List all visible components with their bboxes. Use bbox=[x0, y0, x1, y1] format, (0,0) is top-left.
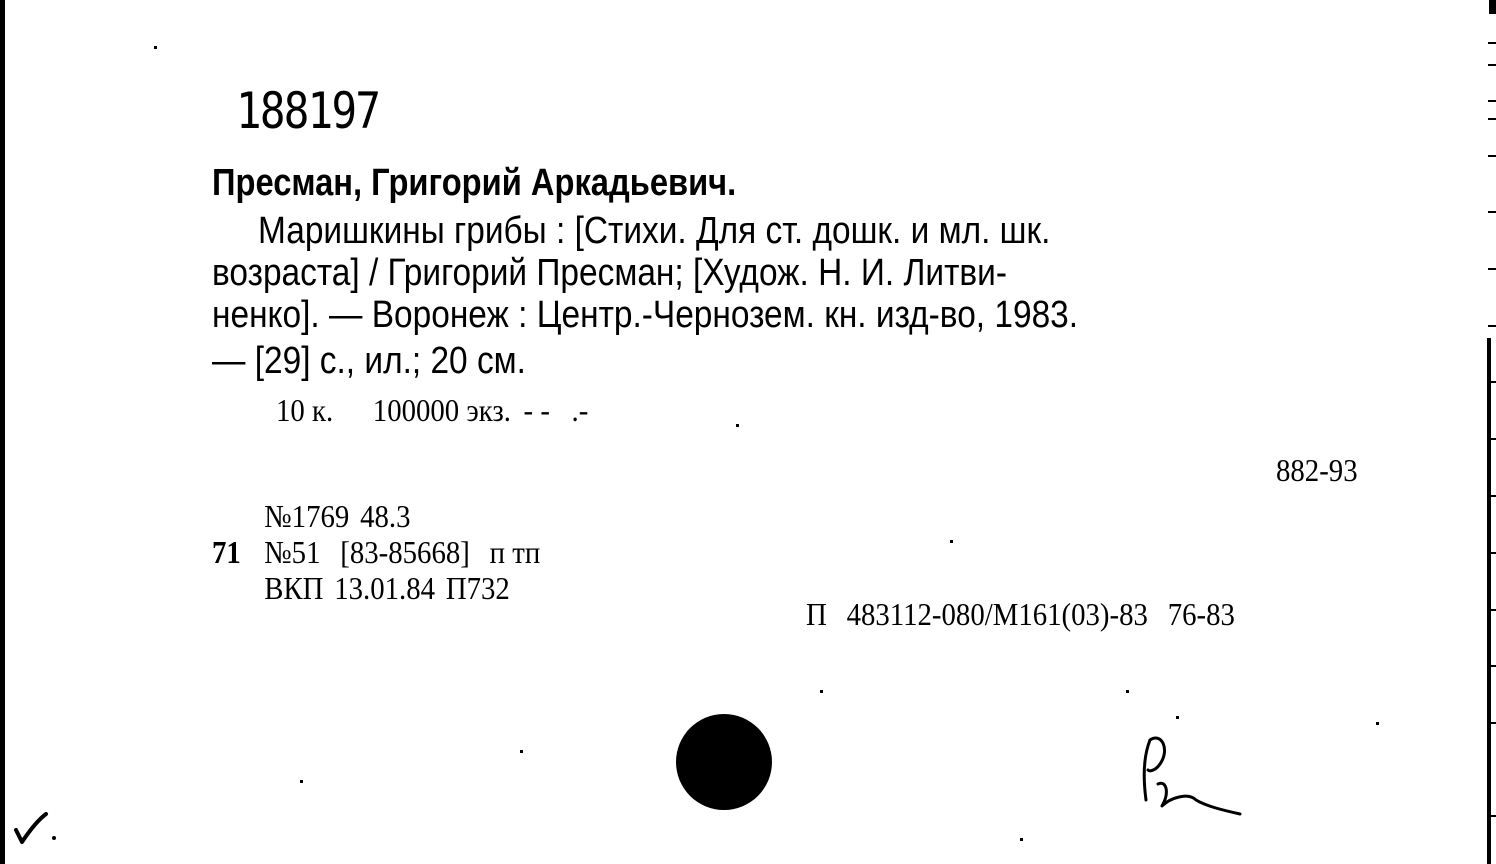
record-code: 48.3 bbox=[360, 498, 410, 534]
scan-speck bbox=[1376, 722, 1379, 725]
scan-speck bbox=[950, 540, 953, 543]
edge-tick bbox=[1488, 155, 1496, 157]
print-run: 100000 экз. bbox=[373, 392, 511, 428]
record-code-3: П732 bbox=[446, 570, 510, 606]
edge-tick bbox=[1488, 64, 1496, 66]
record-number-2: №51 bbox=[264, 534, 320, 570]
record-row-2: 71№51[83-85668]п тп bbox=[212, 534, 540, 570]
udc-code: 882-93 bbox=[1276, 452, 1358, 489]
description-line-2: возраста] / Григорий Пресман; [Худож. Н.… bbox=[212, 252, 1007, 295]
trailing-marks: - - .- bbox=[524, 392, 589, 428]
scan-speck bbox=[1126, 690, 1129, 693]
record-row-3: ВКП13.01.84П732 bbox=[212, 570, 540, 606]
record-flags: п тп bbox=[490, 534, 541, 570]
edge-tick bbox=[1488, 438, 1496, 440]
index-number: 76-83 bbox=[1168, 596, 1235, 632]
price-line: 10 к.100000 экз.- - .- bbox=[276, 392, 628, 429]
edge-tick bbox=[1488, 211, 1496, 213]
edge-tick bbox=[1488, 609, 1496, 611]
edge-tick bbox=[1488, 722, 1496, 724]
catalog-card: 188197 Пресман, Григорий Аркадьевич. Мар… bbox=[0, 0, 1496, 864]
scan-speck bbox=[154, 46, 157, 49]
scan-speck bbox=[736, 424, 739, 427]
scan-speck bbox=[520, 750, 523, 753]
index-code: П483112-080/М161(03)-8376-83 bbox=[806, 596, 1235, 633]
record-date: 13.01.84 bbox=[334, 570, 435, 606]
card-right-edge-top bbox=[1489, 0, 1496, 14]
edge-tick bbox=[1488, 495, 1496, 497]
record-number: №1769 bbox=[264, 498, 349, 534]
edge-tick bbox=[1488, 381, 1496, 383]
record-prefix: 71 bbox=[212, 534, 264, 570]
scan-speck bbox=[1176, 716, 1179, 719]
edge-tick bbox=[1488, 118, 1496, 120]
card-right-edge bbox=[1487, 338, 1491, 864]
description-line-4: — [29] с., ил.; 20 см. bbox=[212, 340, 526, 383]
edge-tick bbox=[1488, 665, 1496, 667]
author-heading: Пресман, Григорий Аркадьевич. bbox=[212, 162, 736, 205]
index-letter: П bbox=[806, 596, 827, 632]
scan-speck bbox=[1020, 838, 1023, 841]
handwritten-note-icon bbox=[1136, 730, 1246, 820]
edge-tick bbox=[1488, 42, 1496, 44]
record-agency: ВКП bbox=[264, 570, 323, 606]
index-code-value: 483112-080/М161(03)-83 bbox=[847, 596, 1148, 632]
edge-tick bbox=[1488, 815, 1496, 817]
record-row-1: №176948.3 bbox=[212, 498, 540, 534]
card-left-edge bbox=[0, 0, 5, 864]
edge-tick bbox=[1488, 268, 1496, 270]
scan-speck bbox=[300, 780, 303, 783]
scan-speck bbox=[820, 690, 823, 693]
publishing-record: №176948.3 71№51[83-85668]п тп ВКП13.01.8… bbox=[212, 498, 540, 606]
edge-tick bbox=[1488, 100, 1496, 102]
price: 10 к. bbox=[276, 392, 333, 428]
edge-tick bbox=[1488, 552, 1496, 554]
description-line-1: Маришкины грибы : [Стихи. Для ст. дошк. … bbox=[258, 210, 1050, 253]
record-id: [83-85668] bbox=[340, 534, 470, 570]
description-line-3: ненко]. — Воронеж : Центр.-Чернозем. кн.… bbox=[212, 294, 1078, 337]
inventory-number: 188197 bbox=[236, 82, 379, 140]
punch-hole bbox=[676, 714, 772, 810]
edge-tick bbox=[1488, 325, 1496, 327]
checkmark-icon bbox=[12, 808, 58, 848]
